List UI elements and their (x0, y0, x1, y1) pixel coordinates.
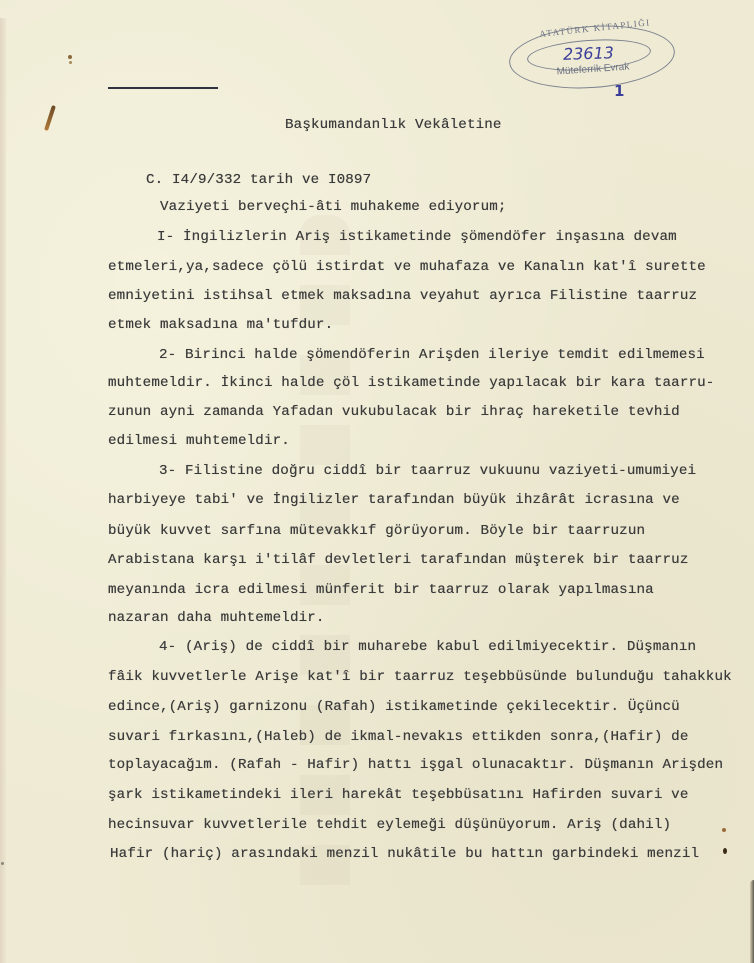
page-left-edge (0, 18, 6, 963)
paragraph-line: 4- (Ariş) de ciddî bir muharebe kabul ed… (159, 639, 696, 655)
ink-stain (68, 55, 72, 59)
paragraph-line: 3- Filistine doğru ciddî bir taarruz vuk… (159, 463, 696, 479)
page-curl (750, 880, 754, 963)
stamp-catalog-number: 23613 (563, 43, 615, 64)
paragraph-line: nazaran daha muhtemeldir. (108, 610, 325, 626)
reference-line: C. I4/9/332 tarih ve I0897 (146, 172, 371, 188)
paragraph-line: Arabistana karşı i'tilâf devletleri tara… (108, 552, 688, 568)
paragraph-line: emniyetini istihsal etmek maksadına veya… (108, 288, 697, 304)
paragraph-line: I- İngilizlerin Ariş istikametinde şömen… (157, 229, 677, 245)
ink-stain (723, 848, 727, 854)
document-page: ATATÜRK KİTAPLIĞI 23613 Müteferrik Evrak… (0, 0, 754, 963)
ink-streak (44, 105, 56, 131)
ink-stain (1, 862, 4, 865)
paragraph-line: fâik kuvvetlerle Arişe kat'î bir taarruz… (108, 669, 732, 685)
page-number: 1 (614, 82, 624, 100)
paragraph-line: toplayacağım. (Rafah - Hafir) hattı işga… (108, 757, 723, 773)
paragraph-line: Hafir (hariç) arasındaki menzil nukâtile… (110, 846, 699, 862)
paragraph-line: harbiyeye tabi' ve İngilizler tarafından… (108, 492, 680, 508)
paragraph-line: etmeleri,ya,sadece çölü istirdat ve muha… (108, 259, 706, 275)
ink-stain (722, 828, 726, 832)
paragraph-line: büyük kuvvet sarfına mütevakkıf görüyoru… (108, 523, 645, 539)
header-rule (108, 87, 218, 89)
paragraph-line: meyanında icra edilmesi münferit bir taa… (108, 582, 654, 598)
paragraph-line: hecinsuvar kuvvetlerile tehdit eylemeği … (108, 817, 671, 833)
paragraph-line: şark istikametindeki ileri harekât teşeb… (108, 787, 688, 803)
paragraph-line: muhtemeldir. İkinci halde çöl istikameti… (108, 375, 714, 391)
paragraph-line: suvari fırkasını,(Haleb) de ikmal-nevakı… (108, 729, 688, 745)
paragraph-line: etmek maksadına ma'tufdur. (108, 317, 333, 333)
intro-line: Vaziyeti berveçhi-âti muhakeme ediyorum; (160, 199, 507, 215)
paragraph-line: 2- Birinci halde şömendöferin Arişden il… (159, 347, 705, 363)
document-title: Başkumandanlık Vekâletine (285, 117, 502, 133)
ink-stain (69, 61, 72, 64)
paragraph-line: zunun ayni zamanda Yafadan vukubulacak b… (108, 404, 680, 420)
paragraph-line: edince,(Ariş) garnizonu (Rafah) istikame… (108, 699, 680, 715)
paragraph-line: edilmesi muhtemeldir. (108, 433, 290, 449)
